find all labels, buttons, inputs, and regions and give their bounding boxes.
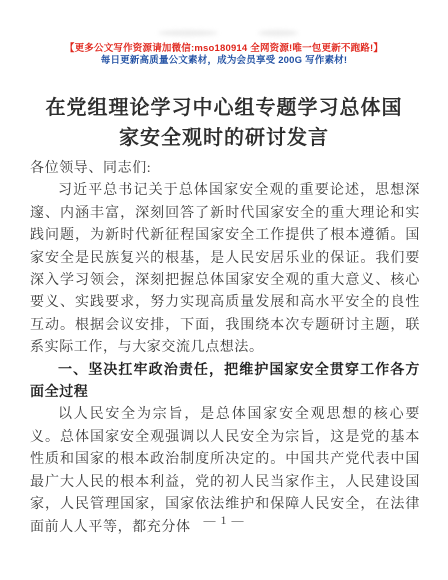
document-page: 【更多公文写作资源请加微信:mso180914 全网资源!唯一包更新不跑路!】 … [0, 0, 448, 580]
document-title: 在党组理论学习中心组专题学习总体国家安全观时的研讨发言 [42, 93, 406, 153]
salutation: 各位领导、同志们: [30, 158, 420, 180]
promo-line-red: 【更多公文写作资源请加微信:mso180914 全网资源!唯一包更新不跑路!】 [0, 43, 448, 55]
promo-notice: 【更多公文写作资源请加微信:mso180914 全网资源!唯一包更新不跑路!】 … [0, 43, 448, 67]
paragraph-1: 习近平总书记关于总体国家安全观的重要论述，思想深邃、内涵丰富，深刻回答了新时代国… [30, 180, 420, 359]
document-body: 各位领导、同志们: 习近平总书记关于总体国家安全观的重要论述，思想深邃、内涵丰富… [30, 158, 420, 539]
scan-smudge [158, 30, 218, 36]
scan-smudge [258, 30, 298, 36]
page-number: — 1 — [0, 513, 448, 528]
promo-line-blue: 每日更新高质量公文素材，成为会员享受 200G 写作素材! [0, 55, 448, 67]
section-heading-1: 一、坚决扛牢政治责任，把维护国家安全贯穿工作各方面全过程 [30, 360, 420, 405]
